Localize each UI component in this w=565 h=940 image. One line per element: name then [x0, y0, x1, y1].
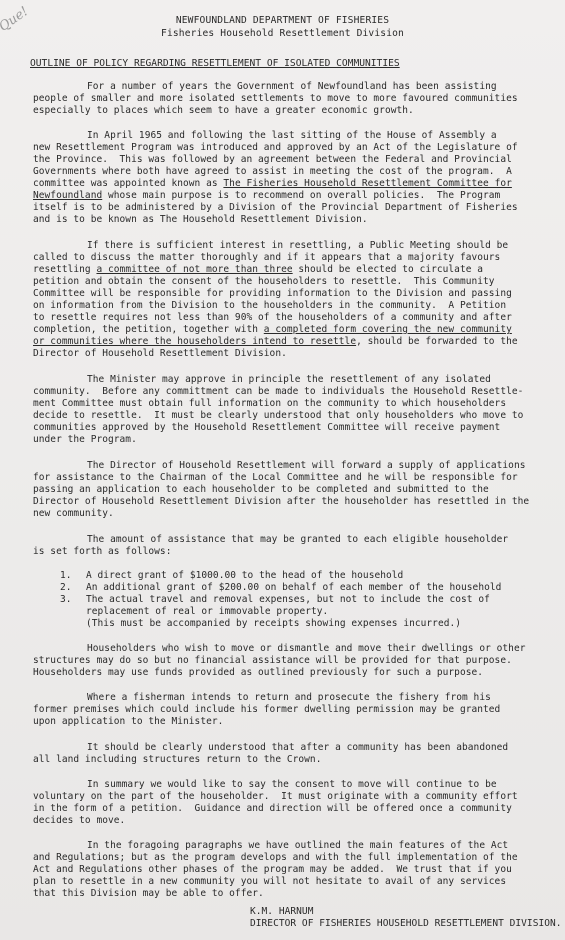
- paragraph-line: Act and Regulations other phases of the …: [33, 864, 512, 876]
- list-item: A direct grant of $1000.00 to the head o…: [86, 570, 403, 582]
- paragraph-line: committee was appointed known as The Fis…: [33, 178, 512, 190]
- paragraph-line: in the form of a petition. Guidance and …: [33, 803, 512, 815]
- paragraph-line: or communities where the householders in…: [33, 336, 518, 348]
- paragraph-line: Director of Household Resettlement Divis…: [33, 348, 287, 360]
- paragraph-line: ment Committee must obtain full informat…: [33, 398, 506, 410]
- underlined-text: a completed form covering the new commun…: [264, 324, 512, 335]
- paragraph-line: For a number of years the Government of …: [87, 81, 497, 93]
- paragraph-line: voluntary on the part of the householder…: [33, 791, 518, 803]
- paragraph-line: to resettle requires not less than 90% o…: [33, 312, 512, 324]
- paragraph-line: If there is sufficient interest in reset…: [87, 240, 508, 252]
- paragraph-line: all land including structures return to …: [33, 754, 321, 766]
- division-header: Fisheries Household Resettlement Divisio…: [0, 28, 565, 39]
- paragraph-line: petition and obtain the consent of the h…: [33, 276, 495, 288]
- paragraph-line: Where a fisherman intends to return and …: [87, 692, 491, 704]
- signature-name: K.M. HARNUM: [250, 906, 313, 918]
- paragraph-line: Householders may use funds provided as o…: [33, 667, 483, 679]
- signature-title: DIRECTOR OF FISHERIES HOUSEHOLD RESETTLE…: [250, 918, 562, 930]
- paragraph-line: resettling a committee of not more than …: [33, 264, 483, 276]
- paragraph-line: passing an application to each household…: [33, 484, 489, 496]
- paragraph-line: itself is to be administered by a Divisi…: [33, 202, 518, 214]
- paragraph-line: former premises which could include his …: [33, 704, 500, 716]
- paragraph-line: structures may do so but no financial as…: [33, 655, 512, 667]
- paragraph-line: The Director of Household Resettlement w…: [87, 460, 525, 472]
- text-span: committee was appointed known as: [33, 178, 223, 189]
- list-item: An additional grant of $200.00 on behalf…: [86, 582, 501, 594]
- paragraph-line: Director of Household Resettlement Divis…: [33, 496, 529, 508]
- list-item-number: 1.: [60, 570, 72, 582]
- paragraph-line: people of smaller and more isolated sett…: [33, 93, 518, 105]
- paragraph-line: Householders who wish to move or dismant…: [87, 643, 525, 655]
- underlined-text: or communities where the householders in…: [33, 336, 356, 347]
- list-item: The actual travel and removal expenses, …: [86, 594, 490, 606]
- paragraph-line: Newfoundland whose main purpose is to re…: [33, 190, 500, 202]
- committee-name-underlined: Newfoundland: [33, 190, 102, 201]
- paragraph-line: decide to resettle. It must be clearly u…: [33, 410, 523, 422]
- paragraph-line: community. Before any committment can be…: [33, 386, 523, 398]
- paragraph-line: and is to be known as The Household Rese…: [33, 214, 368, 226]
- paragraph-line: and Regulations; but as the program deve…: [33, 852, 518, 864]
- paragraph-line: for assistance to the Chairman of the Lo…: [33, 472, 518, 484]
- text-span: , should be forwarded to the: [356, 336, 518, 347]
- document-page: Que! NEWFOUNDLAND DEPARTMENT OF FISHERIE…: [0, 0, 565, 940]
- paragraph-line: In April 1965 and following the last sit…: [87, 130, 497, 142]
- paragraph-line: completion, the petition, together with …: [33, 324, 512, 336]
- paragraph-line: The amount of assistance that may be gra…: [87, 534, 508, 546]
- paragraph-line: that this Division may be able to offer.: [33, 888, 264, 900]
- paragraph-line: The Minister may approve in principle th…: [87, 374, 491, 386]
- paragraph-line: new community.: [33, 508, 114, 520]
- paragraph-line: communities approved by the Household Re…: [33, 422, 500, 434]
- paragraph-line: especially to places which seem to have …: [33, 105, 414, 117]
- paragraph-line: the Province. This was followed by an ag…: [33, 154, 512, 166]
- paragraph-line: called to discuss the matter thoroughly …: [33, 252, 500, 264]
- paragraph-line: In the foragoing paragraphs we have outl…: [87, 840, 508, 852]
- text-span: whose main purpose is to recommend on ov…: [102, 190, 500, 201]
- committee-name-underlined: The Fisheries Household Resettlement Com…: [223, 178, 511, 189]
- paragraph-line: plan to resettle in a new community you …: [33, 876, 506, 888]
- list-item-number: 2.: [60, 582, 72, 594]
- paragraph-line: It should be clearly understood that aft…: [87, 742, 508, 754]
- paragraph-line: Governments where both have agreed to as…: [33, 166, 512, 178]
- paragraph-line: under the Program.: [33, 434, 137, 446]
- department-header: NEWFOUNDLAND DEPARTMENT OF FISHERIES: [0, 15, 565, 26]
- paragraph-line: Committee will be responsible for provid…: [33, 288, 512, 300]
- paragraph-line: upon application to the Minister.: [33, 716, 223, 728]
- list-item-continuation: replacement of real or immovable propert…: [86, 606, 328, 618]
- paragraph-line: new Resettlement Program was introduced …: [33, 142, 518, 154]
- document-title: OUTLINE OF POLICY REGARDING RESETTLEMENT…: [30, 58, 400, 69]
- paragraph-line: is set forth as follows:: [33, 546, 171, 558]
- list-item-number: 3.: [60, 594, 72, 606]
- text-span: should be elected to circulate a: [293, 264, 483, 275]
- text-span: completion, the petition, together with: [33, 324, 264, 335]
- paragraph-line: on information from the Division to the …: [33, 300, 506, 312]
- paragraph-line: decides to move.: [33, 815, 125, 827]
- paragraph-line: In summary we would like to say the cons…: [87, 779, 497, 791]
- list-item-note: (This must be accompanied by receipts sh…: [86, 618, 461, 630]
- text-span: resettling: [33, 264, 96, 275]
- underlined-text: a committee of not more than three: [96, 264, 292, 275]
